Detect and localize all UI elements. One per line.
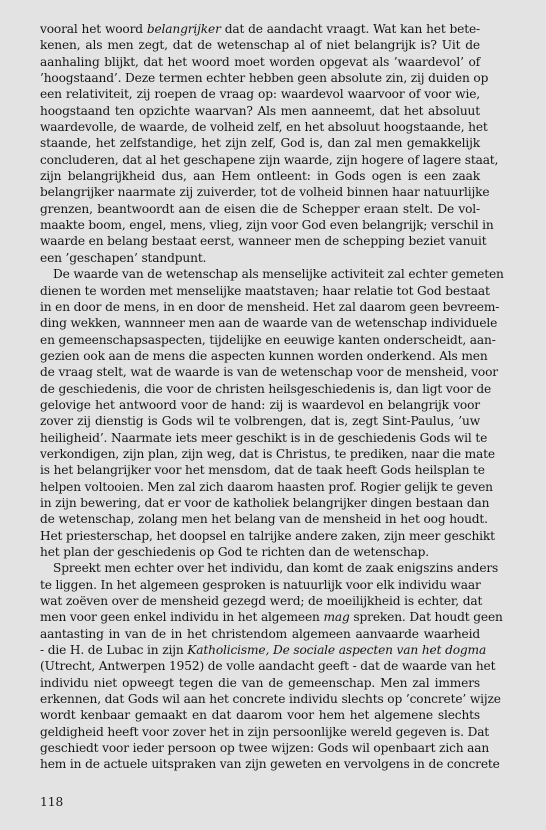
text-line: in en door de mens, in en door de menshe…	[40, 299, 480, 315]
text-line: heiligheid’. Naarmate iets meer geschikt…	[40, 430, 480, 446]
text-line: ding wekken, wannneer men aan de waarde …	[40, 315, 480, 331]
text-line: men voor geen enkel individu in het alge…	[40, 609, 480, 625]
text-line: hoogstaand ten opzichte waarvan? Als men…	[40, 103, 480, 119]
text-line: gelovige het antwoord voor de hand: zij …	[40, 397, 480, 413]
text-line: De waarde van de wetenschap als menselij…	[40, 266, 480, 282]
text-line: verkondigen, zijn plan, zijn weg, dat is…	[40, 446, 480, 462]
text-line: te liggen. In het algemeen gesproken is …	[40, 577, 480, 593]
text-line: is het belangrijker voor het mensdom, da…	[40, 462, 480, 478]
text-line: individu niet opweegt tegen die van de g…	[40, 675, 480, 691]
text-line: zover zij dienstig is Gods wil te volbre…	[40, 413, 480, 429]
text-line: staande, het zelfstandige, het zijn zelf…	[40, 135, 480, 151]
text-line: zijn belangrijkheid dus, aan Hem ontleen…	[40, 168, 480, 184]
text-line: ’hoogstaand’. Deze termen echter hebben …	[40, 70, 480, 86]
text-line: een ’geschapen’ standpunt.	[40, 250, 480, 266]
italic-term: Katholicisme, De sociale aspecten van he…	[187, 643, 486, 657]
page-body: vooral het woord belangrijker dat de aan…	[40, 21, 480, 773]
text-line: de wetenschap, zolang men het belang van…	[40, 511, 480, 527]
text-line: grenzen, beantwoordt aan de eisen die de…	[40, 201, 480, 217]
text-line: hem in de actuele uitspraken van zijn ge…	[40, 756, 480, 772]
text-line: Spreekt men echter over het individu, da…	[40, 560, 480, 576]
text-line: wat zoëven over de mensheid gezegd werd;…	[40, 593, 480, 609]
text-line: concluderen, dat al het geschapene zijn …	[40, 152, 480, 168]
text-line: geldigheid heeft voor zover het in zijn …	[40, 724, 480, 740]
text-line: erkennen, dat Gods wil aan het concrete …	[40, 691, 480, 707]
text-line: helpen voltooien. Men zal zich daarom ha…	[40, 479, 480, 495]
text-line: in zijn bewering, dat er voor de katholi…	[40, 495, 480, 511]
text-line: Het priesterschap, het doopsel en talrij…	[40, 528, 480, 544]
text-line: (Utrecht, Antwerpen 1952) de volle aanda…	[40, 658, 480, 674]
text-line: aanhaling blijkt, dat het woord moet wor…	[40, 54, 480, 70]
text-line: - die H. de Lubac in zijn Katholicisme, …	[40, 642, 480, 658]
text-line: het plan der geschiedenis op God te rich…	[40, 544, 480, 560]
text-line: een relativiteit, zij roepen de vraag op…	[40, 86, 480, 102]
text-line: kenen, als men zegt, dat de wetenschap a…	[40, 37, 480, 53]
text-line: en gemeenschapsaspecten, tijdelijke en e…	[40, 332, 480, 348]
text-line: wordt kenbaar gemaakt en dat daarom voor…	[40, 707, 480, 723]
italic-term: mag	[323, 610, 349, 624]
text-line: geschiedt voor ieder persoon op twee wij…	[40, 740, 480, 756]
text-line: aantasting in van de in het christendom …	[40, 626, 480, 642]
paragraph: Spreekt men echter over het individu, da…	[40, 560, 480, 772]
paragraph: vooral het woord belangrijker dat de aan…	[40, 21, 480, 266]
paragraph: De waarde van de wetenschap als menselij…	[40, 266, 480, 560]
text-line: dienen te worden met menselijke maatstav…	[40, 283, 480, 299]
italic-term: belangrijker	[147, 22, 221, 36]
text-line: vooral het woord belangrijker dat de aan…	[40, 21, 480, 37]
page-number: 118	[40, 795, 63, 809]
text-line: gezien ook aan de mens die aspecten kunn…	[40, 348, 480, 364]
text-line: de vraag stelt, wat de waarde is van de …	[40, 364, 480, 380]
text-line: waarde en belang bestaat eerst, wanneer …	[40, 233, 480, 249]
text-line: waardevolle, de waarde, de volheid zelf,…	[40, 119, 480, 135]
text-line: maakte boom, engel, mens, vlieg, zijn vo…	[40, 217, 480, 233]
text-line: belangrijker naarmate zij zuiverder, tot…	[40, 184, 480, 200]
text-line: de geschiedenis, die voor de christen he…	[40, 381, 480, 397]
